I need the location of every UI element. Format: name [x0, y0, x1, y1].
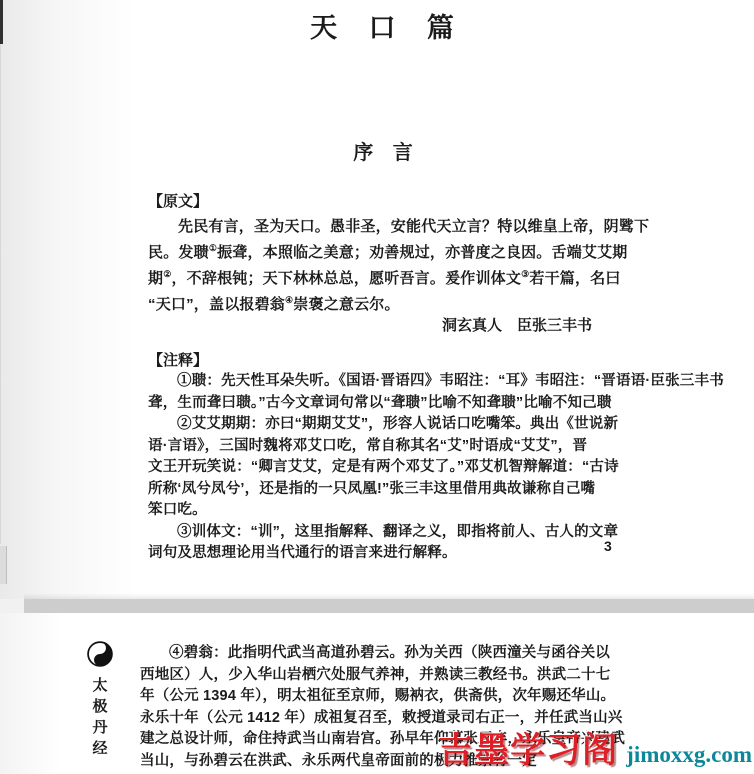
text-line: 文王开玩笑说：“卿言艾艾，定是有两个邓艾了。”邓艾机智辩解道：“古诗 — [148, 457, 622, 479]
page-gap-left — [0, 599, 24, 613]
watermark-brand: 吉墨学习阁 — [438, 723, 618, 773]
sidebar-title-char: 太 — [84, 675, 116, 696]
notes-text: ①聩：先天性耳朵失听。《国语·晋语四》韦昭注：“耳》韦昭注：“晋语语·臣张三丰书… — [148, 371, 622, 565]
book-title: 天 口 篇 — [148, 6, 618, 45]
text-line: 期②，不辞根钝；天下林林总总，愿听吾言。爰作训体文③若干篇，名曰 — [148, 266, 622, 292]
scan-edge-faint-line — [0, 44, 1, 544]
sidebar-title: 太极丹经 — [84, 675, 116, 759]
book-spine-sidebar: 太极丹经 — [84, 641, 116, 759]
yin-yang-icon — [87, 641, 113, 667]
page-number: 3 — [604, 538, 612, 554]
preface-heading: 序 言 — [148, 136, 618, 165]
text-line: 先民有言，圣为天口。愚非圣，安能代天立言？特以维皇上帝，阴骘下 — [148, 214, 622, 240]
text-line: 词句及思想理论用当代通行的语言来进行解释。 — [148, 543, 622, 565]
text-line: 聋，生而聋曰聩。”古今文章词句常以“聋聩”比喻不知聋聩”比喻不知己聩 — [148, 393, 622, 415]
scan-edge-mark — [0, 0, 3, 44]
text-line: 西地区）人，少入华山岩栖穴处服气养神，并熟读三教经书。洪武二十七 — [140, 665, 640, 687]
sidebar-title-char: 经 — [84, 738, 116, 759]
notes-section-label: 【注释】 — [148, 349, 208, 370]
text-line: 语·言语》，三国时魏将邓艾口吃，常自称其名“艾”时语成“艾艾”，晋 — [148, 436, 622, 458]
text-line: 所称‘凤兮凤兮’，还是指的一只凤凰!”张三丰这里借用典故谦称自己嘴 — [148, 479, 622, 501]
text-line: ③训体文：“训”，这里指解释、翻译之义，即指将前人、古人的文章 — [148, 522, 622, 544]
scanned-book-view: 天 口 篇 序 言 【原文】 先民有言，圣为天口。愚非圣，安能代天立言？特以维皇… — [0, 0, 754, 774]
source-section-label: 【原文】 — [148, 190, 208, 211]
page-gap-band — [24, 599, 754, 613]
text-line: ②艾艾期期：亦曰“期期艾艾”，形容人说话口吃嘴笨。典出《世说新 — [148, 414, 622, 436]
page-1: 天 口 篇 序 言 【原文】 先民有言，圣为天口。愚非圣，安能代天立言？特以维皇… — [0, 0, 754, 599]
watermark-domain: jimoxxg.com — [626, 742, 752, 768]
scan-edge-tab — [0, 546, 7, 584]
watermark: 吉墨学习阁 jimoxxg.com — [438, 723, 752, 773]
sidebar-title-char: 极 — [84, 696, 116, 717]
text-line: 民。发聩①振聋，本照临之美意；劝善规过，亦普度之良因。舌端艾艾期 — [148, 240, 622, 266]
text-line: 笨口吃。 — [148, 500, 622, 522]
author-signature: 洞玄真人 臣张三丰书 — [148, 314, 592, 335]
text-line: ④碧翁：此指明代武当高道孙碧云。孙为关西（陕西潼关与函谷关以 — [140, 643, 640, 665]
sidebar-title-char: 丹 — [84, 717, 116, 738]
text-line: ①聩：先天性耳朵失听。《国语·晋语四》韦昭注：“耳》韦昭注：“晋语语·臣张三丰书 — [148, 371, 622, 393]
source-text: 先民有言，圣为天口。愚非圣，安能代天立言？特以维皇上帝，阴骘下民。发聩①振聋，本… — [148, 214, 622, 318]
text-line: 年（公元 1394 年），明太祖征至京师，赐衲衣，供斋供，次年赐还华山。 — [140, 686, 640, 708]
